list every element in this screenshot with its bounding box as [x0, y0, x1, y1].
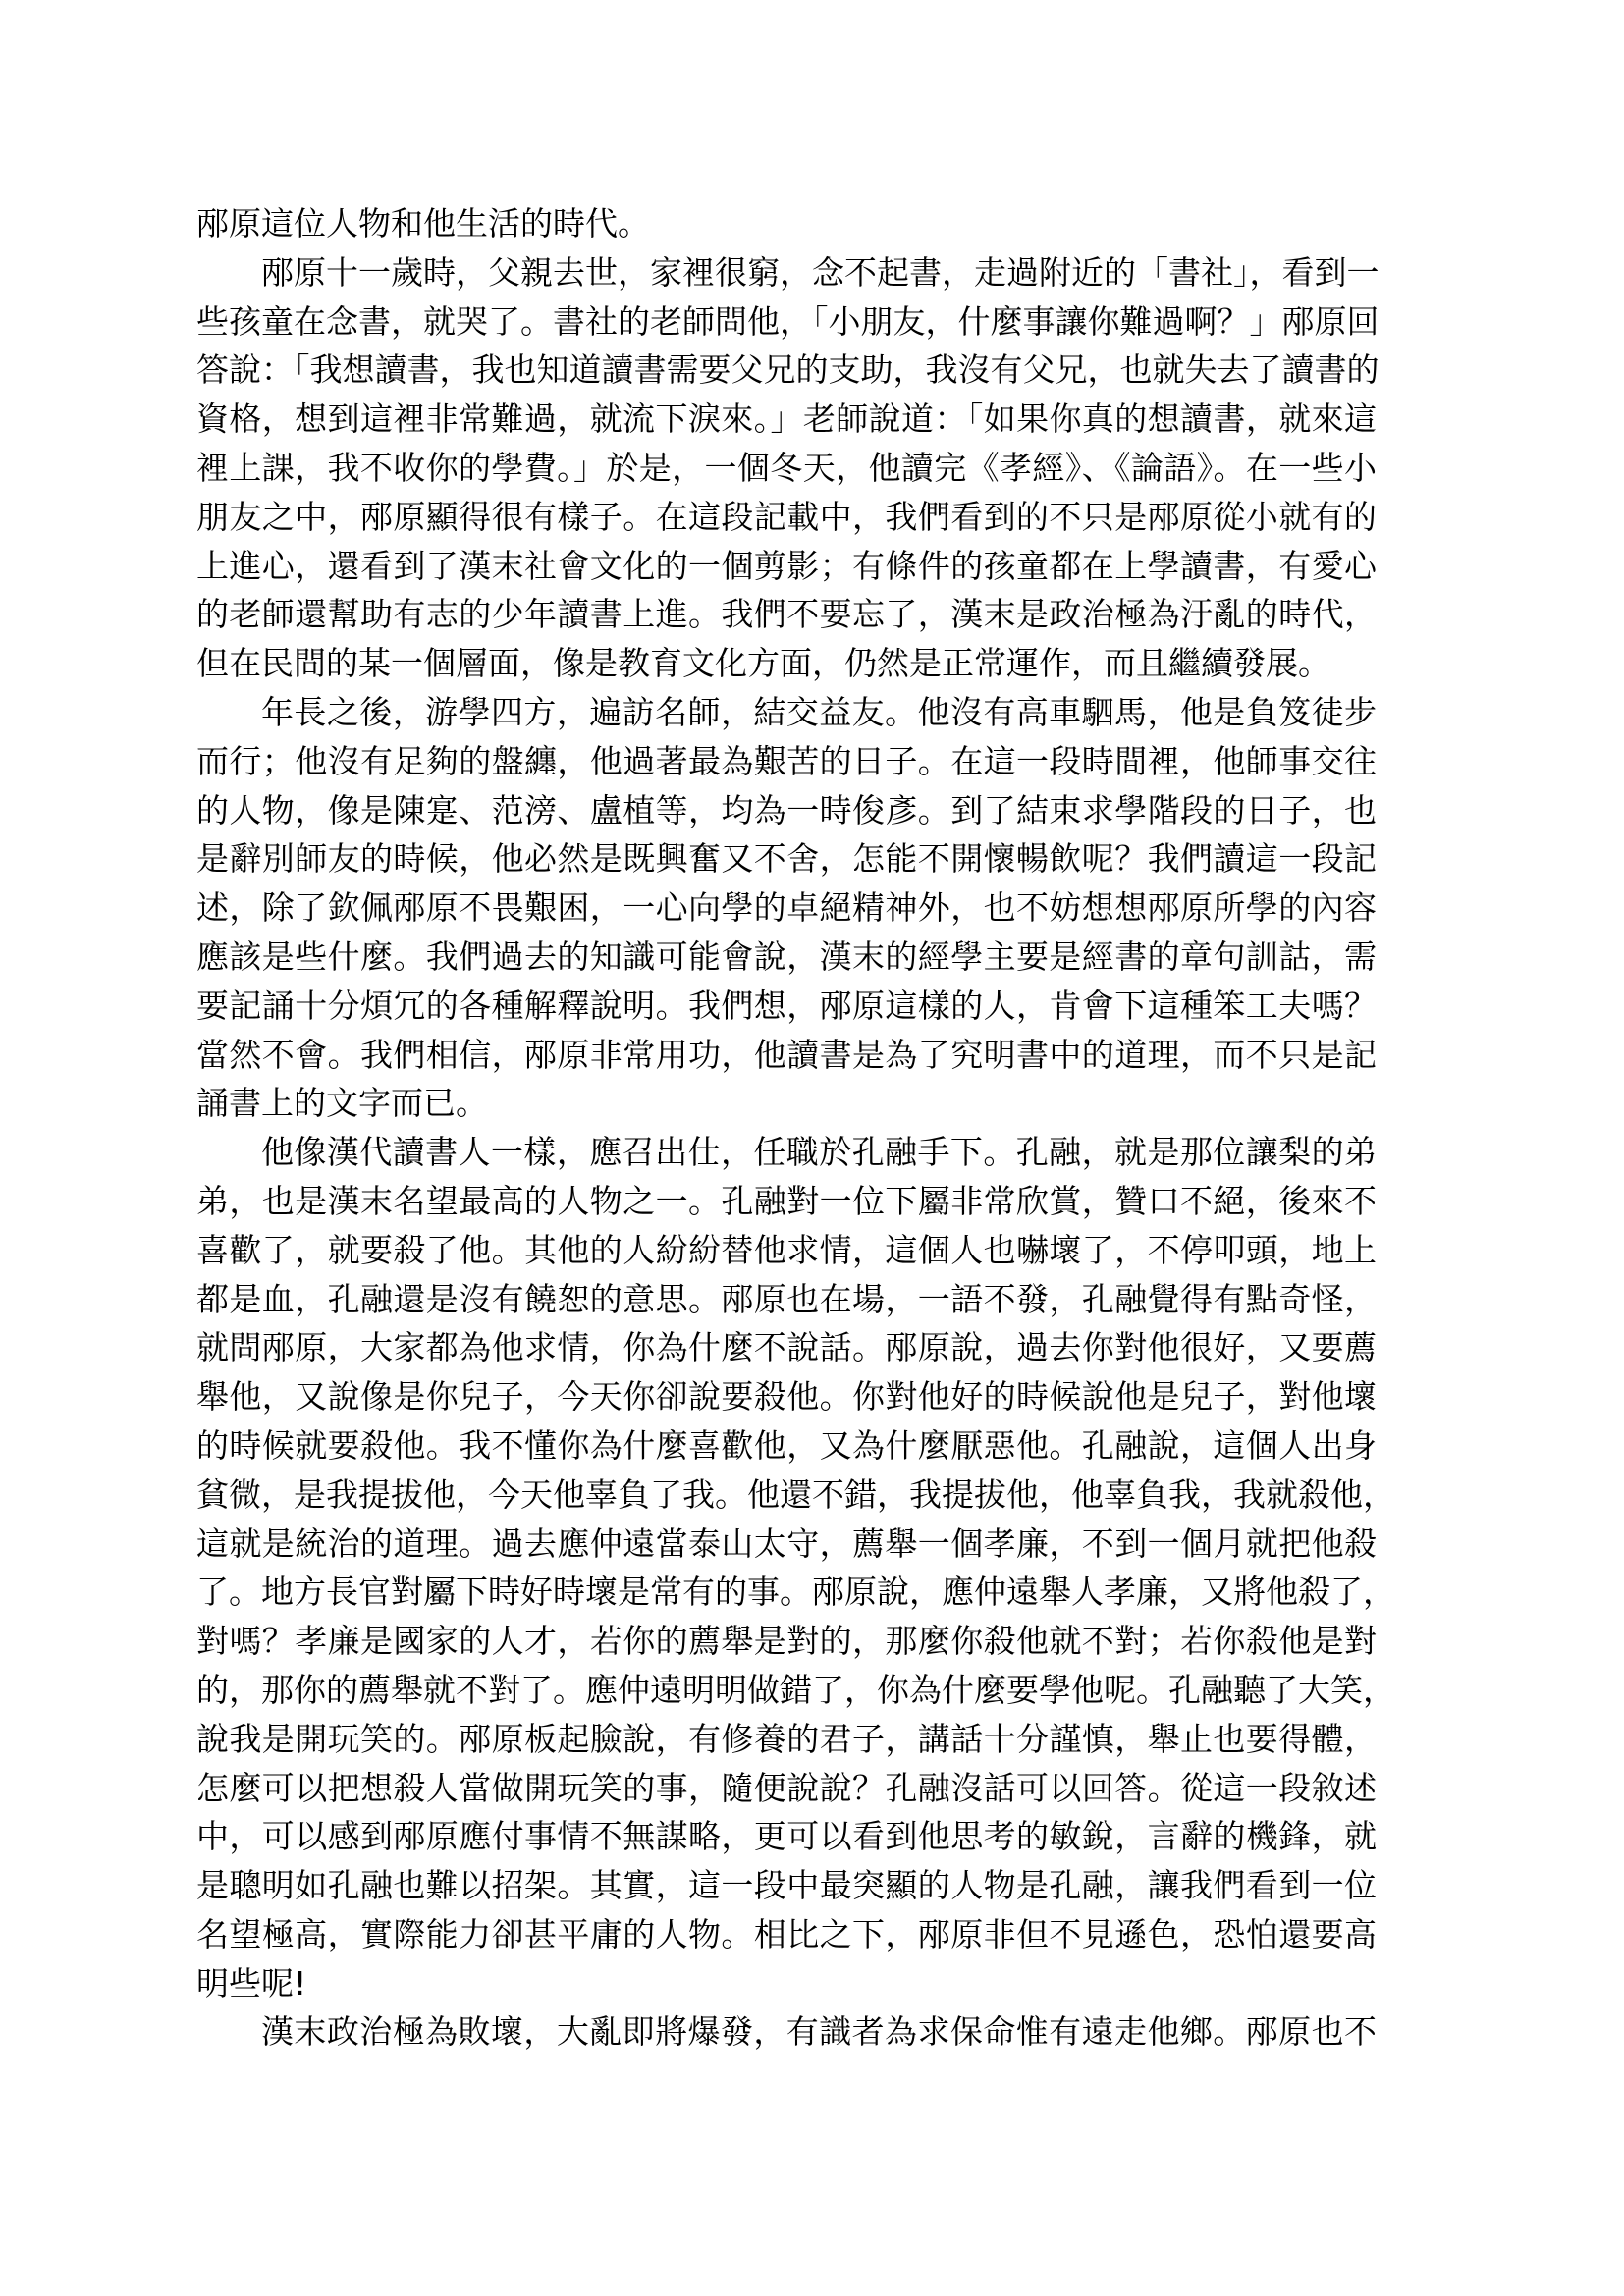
text-line: 說我是開玩笑的。邴原板起臉說，有修養的君子，講話十分謹慎，舉止也要得體， — [196, 1715, 1377, 1764]
paragraph-4: 他像漢代讀書人一樣，應召出仕，任職於孔融手下。孔融，就是那位讓梨的弟 弟，也是漢… — [196, 1128, 1377, 2007]
text-line: 弟，也是漢末名望最高的人物之一。孔融對一位下屬非常欣賞，贊口不絕，後來不 — [196, 1177, 1377, 1226]
text-line: 而行；他沒有足夠的盤纏，他過著最為艱苦的日子。在這一段時間裡，他師事交往 — [196, 737, 1377, 786]
text-line: 他像漢代讀書人一樣，應召出仕，任職於孔融手下。孔融，就是那位讓梨的弟 — [196, 1128, 1377, 1177]
text-line: 些孩童在念書，就哭了。書社的老師問他，「小朋友，什麼事讓你難過啊？」邴原回 — [196, 297, 1377, 347]
text-line: 的，那你的薦舉就不對了。應仲遠明明做錯了，你為什麼要學他呢。孔融聽了大笑， — [196, 1666, 1377, 1715]
text-line: 明些呢! — [196, 1959, 1377, 2008]
text-line: 但在民間的某一個層面，像是教育文化方面，仍然是正常運作，而且繼續發展。 — [196, 639, 1377, 688]
paragraph-1: 邴原這位人物和他生活的時代。 — [196, 199, 1377, 248]
text-line: 資格，想到這裡非常難過，就流下淚來。」老師說道：「如果你真的想讀書，就來這 — [196, 395, 1377, 444]
paragraph-3: 年長之後，游學四方，遍訪名師，結交益友。他沒有高車駟馬，他是負笈徒步 而行；他沒… — [196, 688, 1377, 1128]
text-line: 朋友之中，邴原顯得很有樣子。在這段記載中，我們看到的不只是邴原從小就有的 — [196, 493, 1377, 542]
paragraph-5: 漢末政治極為敗壞，大亂即將爆發，有識者為求保命惟有遠走他鄉。邴原也不 — [196, 2007, 1377, 2056]
text-line: 喜歡了，就要殺了他。其他的人紛紛替他求情，這個人也嚇壞了，不停叩頭，地上 — [196, 1226, 1377, 1275]
text-line: 是聰明如孔融也難以招架。其實，這一段中最突顯的人物是孔融，讓我們看到一位 — [196, 1861, 1377, 1910]
text-line: 誦書上的文字而已。 — [196, 1079, 1377, 1128]
text-line: 中，可以感到邴原應付事情不無謀略，更可以看到他思考的敏銳，言辭的機鋒，就 — [196, 1812, 1377, 1861]
text-line: 要記誦十分煩冗的各種解釋說明。我們想，邴原這樣的人，肯會下這種笨工夫嗎？ — [196, 982, 1377, 1031]
text-line: 裡上課，我不收你的學費。」於是，一個冬天，他讀完《孝經》、《論語》。在一些小 — [196, 444, 1377, 493]
text-line: 是辭別師友的時候，他必然是既興奮又不舍，怎能不開懷暢飲呢？我們讀這一段記 — [196, 834, 1377, 883]
text-line: 就問邴原，大家都為他求情，你為什麼不說話。邴原說，過去你對他很好，又要薦 — [196, 1323, 1377, 1372]
text-line: 這就是統治的道理。過去應仲遠當泰山太守，薦舉一個孝廉，不到一個月就把他殺 — [196, 1520, 1377, 1569]
text-line: 漢末政治極為敗壞，大亂即將爆發，有識者為求保命惟有遠走他鄉。邴原也不 — [196, 2007, 1377, 2056]
text-line: 貧微，是我提拔他，今天他辜負了我。他還不錯，我提拔他，他辜負我，我就殺他， — [196, 1470, 1377, 1520]
text-line: 怎麼可以把想殺人當做開玩笑的事，隨便說說？孔融沒話可以回答。從這一段敘述 — [196, 1764, 1377, 1813]
text-line: 都是血，孔融還是沒有饒恕的意思。邴原也在場，一語不發，孔融覺得有點奇怪， — [196, 1275, 1377, 1324]
text-line: 名望極高，實際能力卻甚平庸的人物。相比之下，邴原非但不見遜色，恐怕還要高 — [196, 1910, 1377, 1959]
text-line: 的時候就要殺他。我不懂你為什麼喜歡他，又為什麼厭惡他。孔融說，這個人出身 — [196, 1421, 1377, 1470]
text-line: 年長之後，游學四方，遍訪名師，結交益友。他沒有高車駟馬，他是負笈徒步 — [196, 688, 1377, 737]
text-line: 邴原十一歲時，父親去世，家裡很窮，念不起書，走過附近的「書社」，看到一 — [196, 248, 1377, 297]
text-line: 舉他，又說像是你兒子，今天你卻說要殺他。你對他好的時候說他是兒子，對他壞 — [196, 1372, 1377, 1421]
paragraph-2: 邴原十一歲時，父親去世，家裡很窮，念不起書，走過附近的「書社」，看到一 些孩童在… — [196, 248, 1377, 688]
text-line: 應該是些什麼。我們過去的知識可能會說，漢末的經學主要是經書的章句訓詁，需 — [196, 933, 1377, 982]
text-line: 了。地方長官對屬下時好時壞是常有的事。邴原說，應仲遠舉人孝廉，又將他殺了， — [196, 1568, 1377, 1617]
text-line: 的人物，像是陳寔、范滂、盧植等，均為一時俊彥。到了結束求學階段的日子，也 — [196, 786, 1377, 835]
text-line: 邴原這位人物和他生活的時代。 — [196, 199, 1377, 248]
text-line: 答說：「我想讀書，我也知道讀書需要父兄的支助，我沒有父兄，也就失去了讀書的 — [196, 346, 1377, 395]
text-line: 對嗎？孝廉是國家的人才，若你的薦舉是對的，那麼你殺他就不對；若你殺他是對 — [196, 1617, 1377, 1666]
text-line: 述，除了欽佩邴原不畏艱困，一心向學的卓絕精神外，也不妨想想邴原所學的內容 — [196, 883, 1377, 933]
text-line: 的老師還幫助有志的少年讀書上進。我們不要忘了，漢末是政治極為汙亂的時代， — [196, 590, 1377, 639]
document-page: 邴原這位人物和他生活的時代。 邴原十一歲時，父親去世，家裡很窮，念不起書，走過附… — [196, 199, 1377, 2056]
text-line: 上進心，還看到了漢末社會文化的一個剪影；有條件的孩童都在上學讀書，有愛心 — [196, 542, 1377, 591]
text-line: 當然不會。我們相信，邴原非常用功，他讀書是為了究明書中的道理，而不只是記 — [196, 1031, 1377, 1080]
